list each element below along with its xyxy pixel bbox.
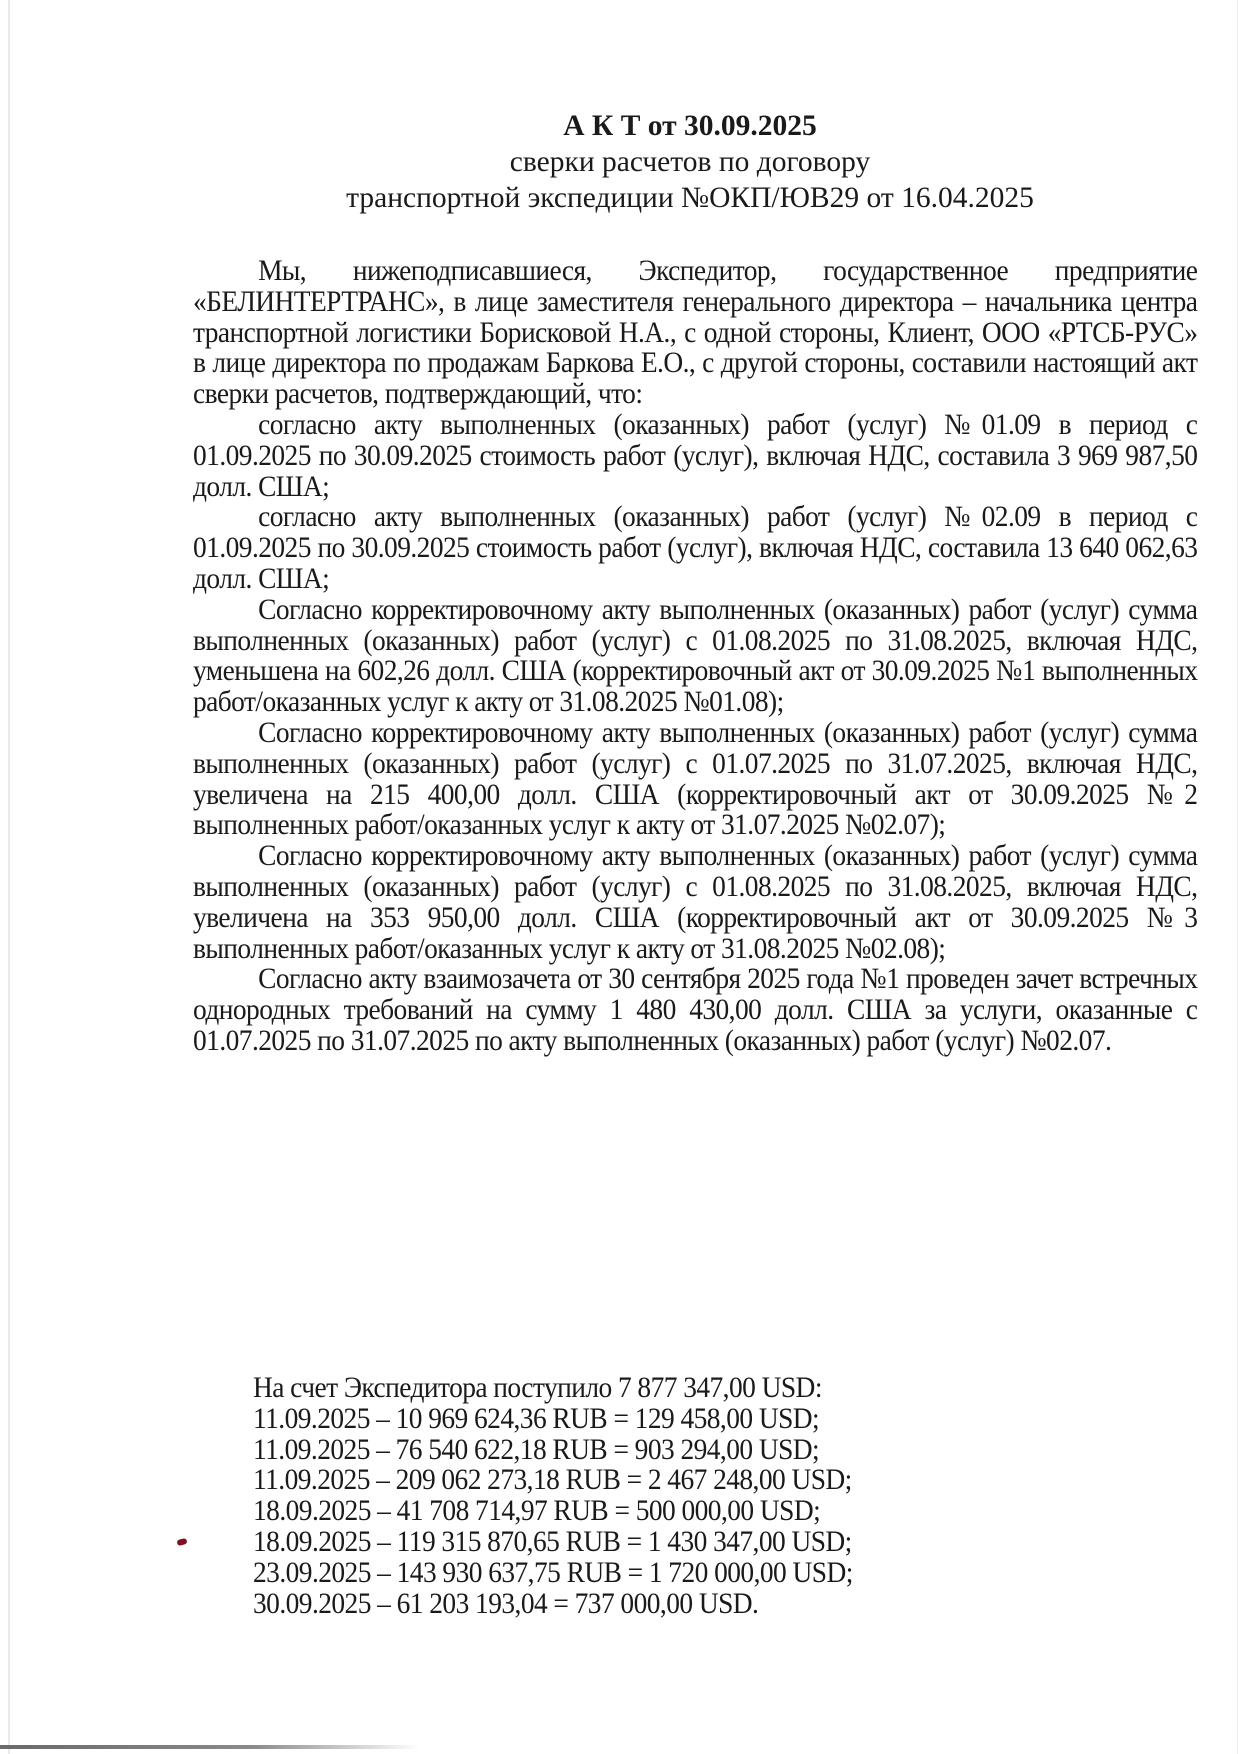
- document-title: А К Т от 30.09.2025: [180, 108, 1200, 144]
- document-subtitle-2: транспортной экспедиции №ОКП/ЮВ29 от 16.…: [180, 180, 1200, 216]
- document-body: Мы, нижеподписавшиеся, Экспедитор, госуд…: [193, 256, 1128, 1057]
- clause-paragraph: Согласно корректировочному акту выполнен…: [193, 595, 1197, 718]
- payments-heading: На счет Экспедитора поступило 7 877 347,…: [253, 1373, 853, 1404]
- intro-paragraph: Мы, нижеподписавшиеся, Экспедитор, госуд…: [193, 256, 1197, 410]
- payment-item: 18.09.2025 – 119 315 870,65 RUB = 1 430 …: [253, 1527, 853, 1558]
- document-header: А К Т от 30.09.2025 сверки расчетов по д…: [180, 108, 1200, 216]
- payment-item: 18.09.2025 – 41 708 714,97 RUB = 500 000…: [253, 1496, 853, 1527]
- payment-item: 30.09.2025 – 61 203 193,04 = 737 000,00 …: [253, 1589, 853, 1620]
- payment-item: 11.09.2025 – 10 969 624,36 RUB = 129 458…: [253, 1404, 853, 1435]
- clause-paragraph: Согласно корректировочному акту выполнен…: [193, 841, 1197, 964]
- scan-right-edge: [1237, 0, 1238, 1754]
- scan-bottom-shadow: [0, 1745, 420, 1749]
- clause-paragraph: Согласно корректировочному акту выполнен…: [193, 718, 1197, 841]
- payment-item: 11.09.2025 – 76 540 622,18 RUB = 903 294…: [253, 1435, 853, 1466]
- payment-item: 11.09.2025 – 209 062 273,18 RUB = 2 467 …: [253, 1465, 853, 1496]
- ink-mark: [176, 1538, 187, 1546]
- payment-item: 23.09.2025 – 143 930 637,75 RUB = 1 720 …: [253, 1558, 853, 1589]
- clause-paragraph: Согласно акту взаимозачета от 30 сентябр…: [193, 964, 1197, 1056]
- clause-paragraph: согласно акту выполненных (оказанных) ра…: [193, 410, 1197, 502]
- clause-paragraph: согласно акту выполненных (оказанных) ра…: [193, 502, 1197, 594]
- payments-list: На счет Экспедитора поступило 7 877 347,…: [253, 1373, 853, 1619]
- bleed-through-stamp: [50, 585, 190, 675]
- scan-left-edge: [8, 0, 10, 1754]
- document-subtitle-1: сверки расчетов по договору: [180, 144, 1200, 180]
- document-page: А К Т от 30.09.2025 сверки расчетов по д…: [0, 0, 1240, 1754]
